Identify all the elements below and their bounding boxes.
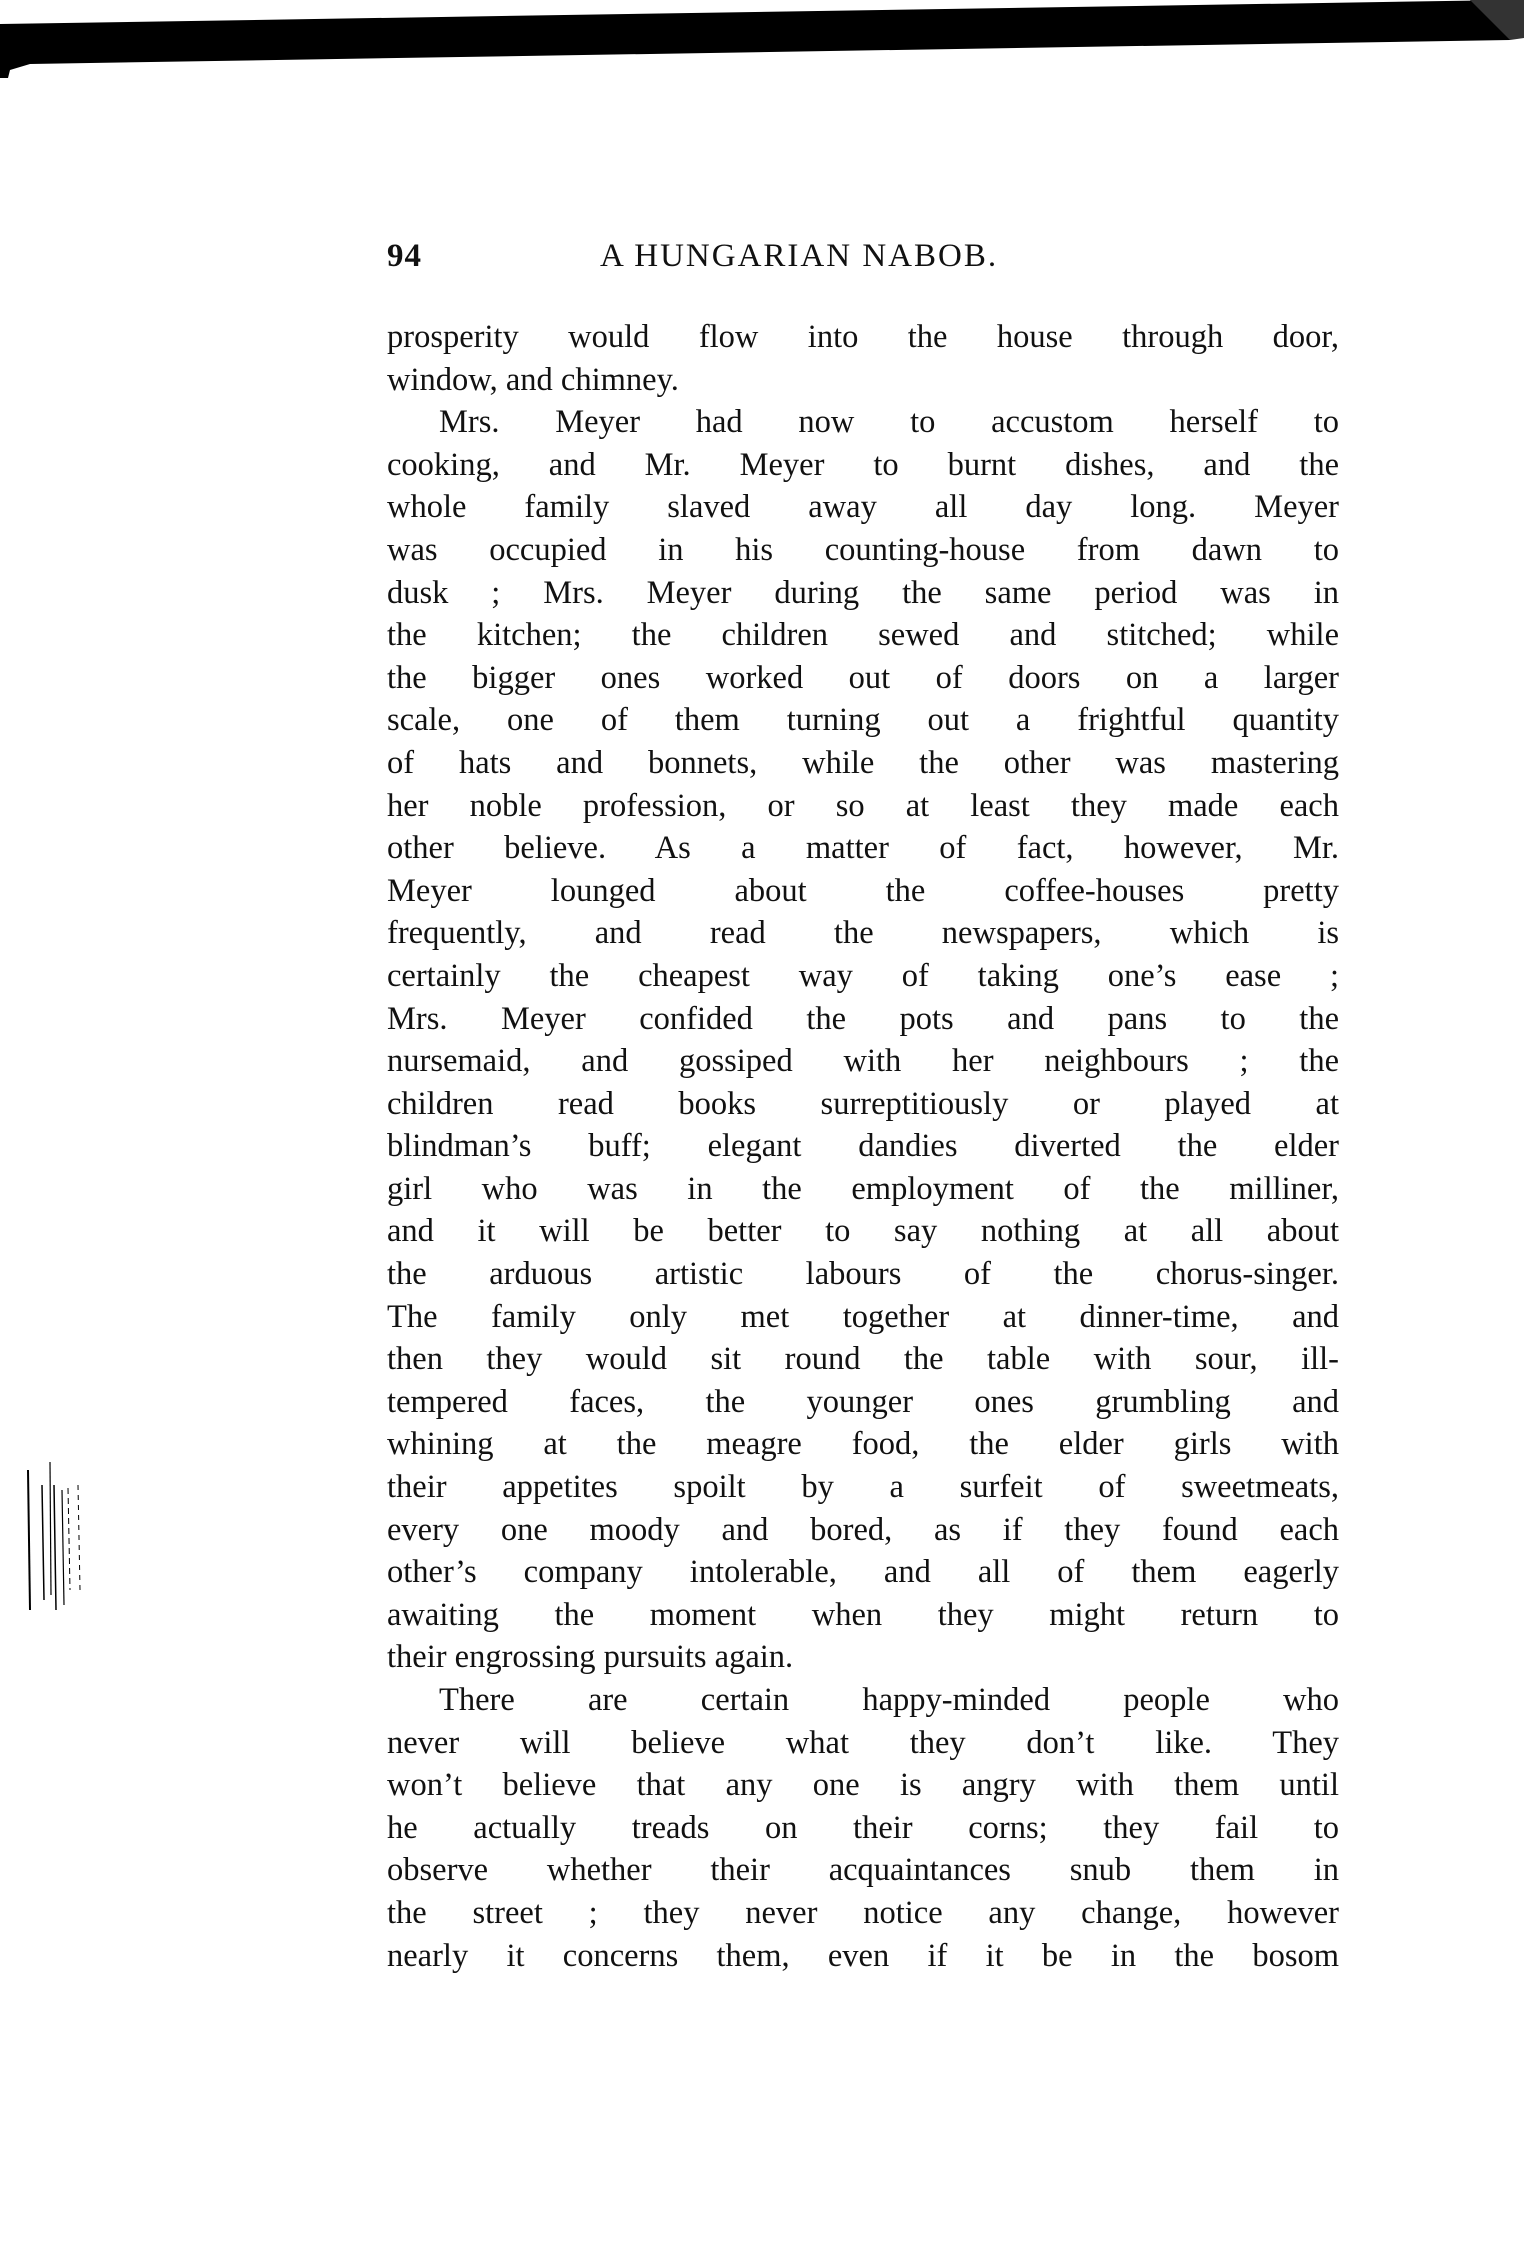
text-line: was occupied in his counting-house from … xyxy=(387,529,1339,572)
text-line: cooking, and Mr. Meyer to burnt dishes, … xyxy=(387,444,1339,487)
text-line: Meyer lounged about the coffee-houses pr… xyxy=(387,870,1339,913)
book-page: 94 A HUNGARIAN NABOB. prosperity would f… xyxy=(387,232,1339,1977)
text-line: frequently, and read the newspapers, whi… xyxy=(387,912,1339,955)
binding-marks-shape xyxy=(20,1460,90,1620)
text-line: prosperity would flow into the house thr… xyxy=(387,316,1339,359)
text-line: scale, one of them turning out a frightf… xyxy=(387,699,1339,742)
paragraph: prosperity would flow into the house thr… xyxy=(387,316,1339,401)
running-head: 94 A HUNGARIAN NABOB. xyxy=(387,232,1339,280)
text-line: children read books surreptitiously or p… xyxy=(387,1083,1339,1126)
text-line: awaiting the moment when they might retu… xyxy=(387,1594,1339,1637)
text-line: dusk ; Mrs. Meyer during the same period… xyxy=(387,572,1339,615)
text-line: other’s company intolerable, and all of … xyxy=(387,1551,1339,1594)
text-line: of hats and bonnets, while the other was… xyxy=(387,742,1339,785)
text-line: blindman’s buff; elegant dandies diverte… xyxy=(387,1125,1339,1168)
text-line: won’t believe that any one is angry with… xyxy=(387,1764,1339,1807)
text-line: nursemaid, and gossiped with her neighbo… xyxy=(387,1040,1339,1083)
text-line: their appetites spoilt by a surfeit of s… xyxy=(387,1466,1339,1509)
text-line: never will believe what they don’t like.… xyxy=(387,1722,1339,1765)
body-text: prosperity would flow into the house thr… xyxy=(387,316,1339,1977)
scan-edge-bar xyxy=(0,0,1524,80)
text-line: every one moody and bored, as if they fo… xyxy=(387,1509,1339,1552)
text-line: whining at the meagre food, the elder gi… xyxy=(387,1423,1339,1466)
text-line: he actually treads on their corns; they … xyxy=(387,1807,1339,1850)
text-line: the kitchen; the children sewed and stit… xyxy=(387,614,1339,657)
text-line: and it will be better to say nothing at … xyxy=(387,1210,1339,1253)
paragraph: Mrs. Meyer had now to accustom herself t… xyxy=(387,401,1339,1679)
text-line: nearly it concerns them, even if it be i… xyxy=(387,1935,1339,1978)
text-line: the street ; they never notice any chang… xyxy=(387,1892,1339,1935)
text-line: tempered faces, the younger ones grumbli… xyxy=(387,1381,1339,1424)
page-number: 94 xyxy=(387,232,422,280)
scan-edge-shape xyxy=(0,0,1524,80)
text-line: girl who was in the employment of the mi… xyxy=(387,1168,1339,1211)
text-line: their engrossing pursuits again. xyxy=(387,1636,1339,1679)
text-line: window, and chimney. xyxy=(387,359,1339,402)
text-line: certainly the cheapest way of taking one… xyxy=(387,955,1339,998)
text-line: the arduous artistic labours of the chor… xyxy=(387,1253,1339,1296)
paragraph: There are certain happy-minded people wh… xyxy=(387,1679,1339,1977)
text-line: observe whether their acquaintances snub… xyxy=(387,1849,1339,1892)
text-line: Mrs. Meyer had now to accustom herself t… xyxy=(387,401,1339,444)
text-line: her noble profession, or so at least the… xyxy=(387,785,1339,828)
text-line: There are certain happy-minded people wh… xyxy=(387,1679,1339,1722)
text-line: the bigger ones worked out of doors on a… xyxy=(387,657,1339,700)
binding-marks xyxy=(20,1460,90,1620)
running-title: A HUNGARIAN NABOB. xyxy=(600,232,998,280)
text-line: Mrs. Meyer confided the pots and pans to… xyxy=(387,998,1339,1041)
text-line: then they would sit round the table with… xyxy=(387,1338,1339,1381)
text-line: other believe. As a matter of fact, howe… xyxy=(387,827,1339,870)
text-line: whole family slaved away all day long. M… xyxy=(387,486,1339,529)
text-line: The family only met together at dinner-t… xyxy=(387,1296,1339,1339)
